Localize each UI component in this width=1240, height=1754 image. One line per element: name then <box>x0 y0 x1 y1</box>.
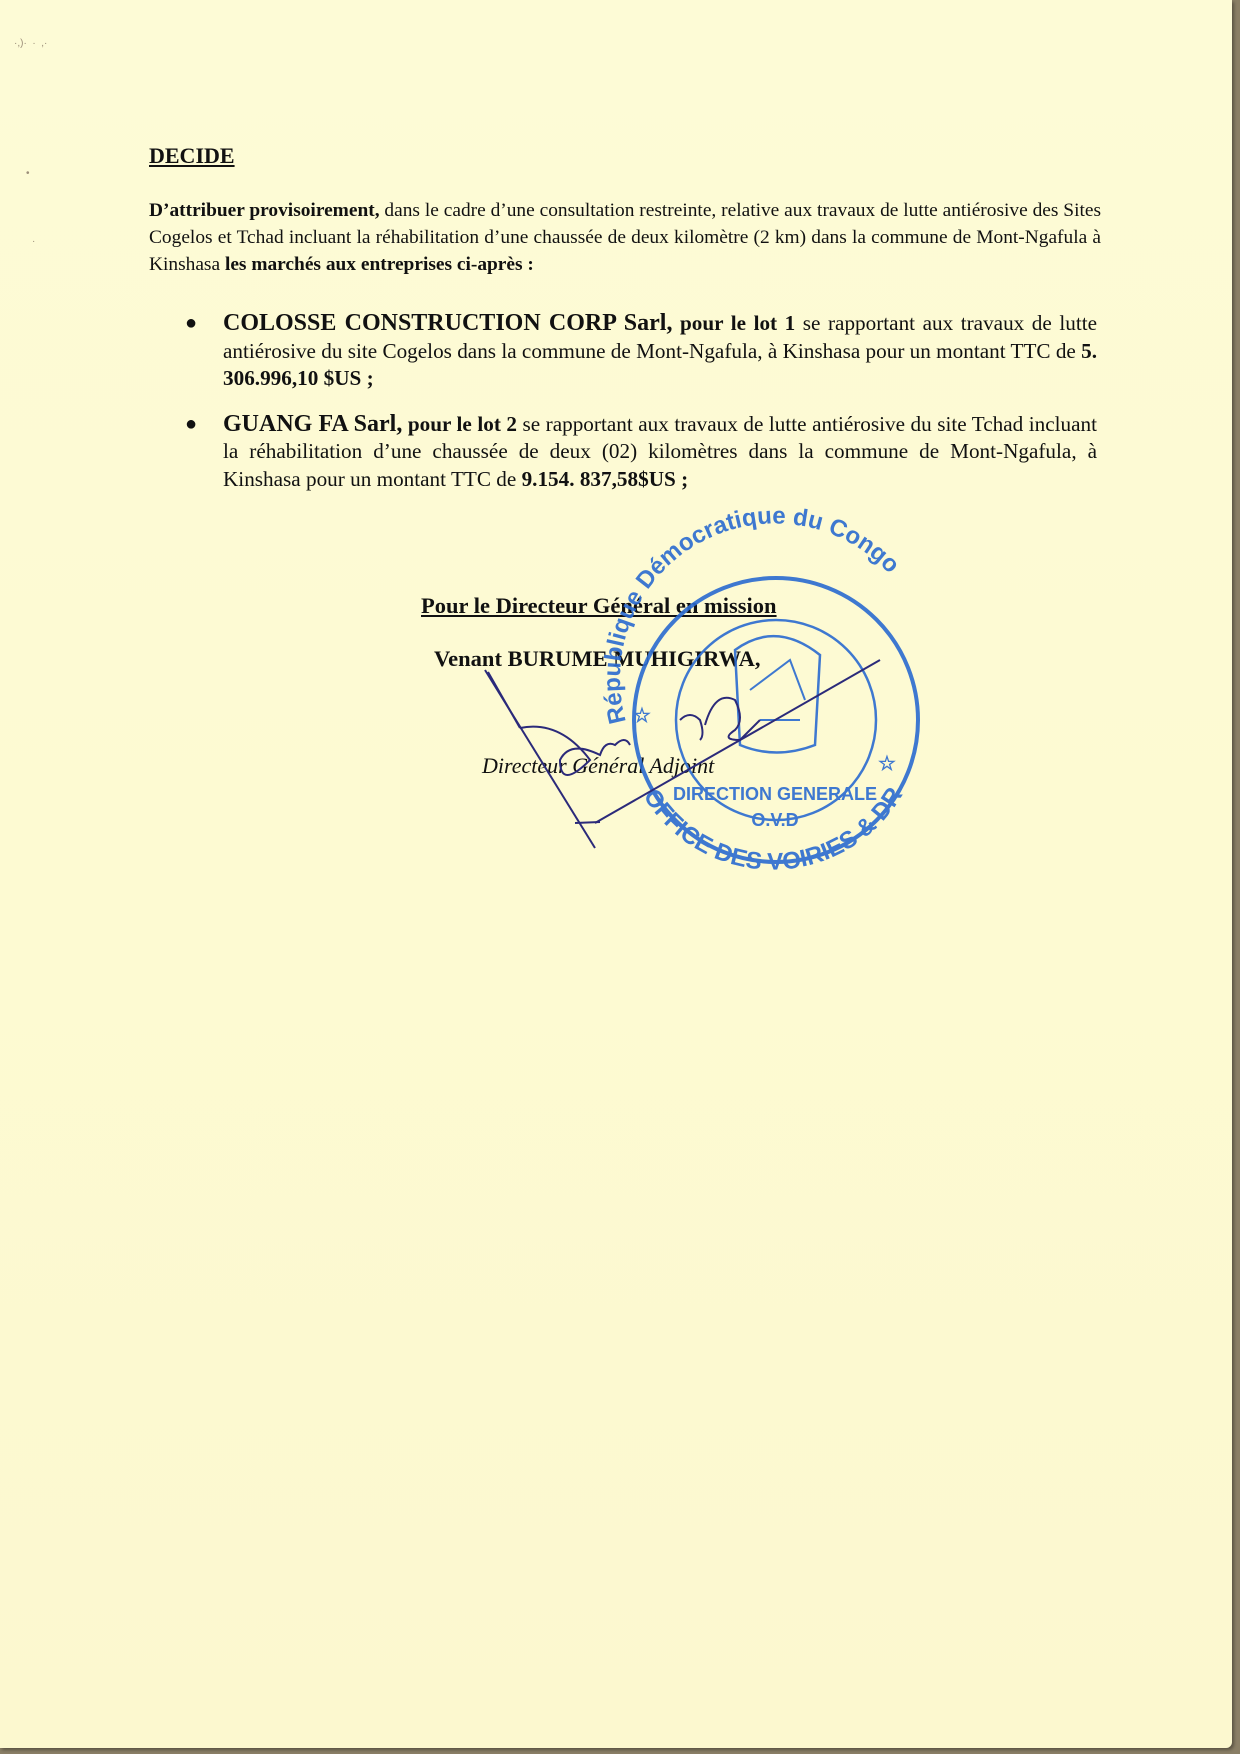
intro-bold-lead: D’attribuer provisoirement, <box>149 200 380 221</box>
intro-bold-tail: les marchés aux entreprises ci-après : <box>225 254 534 275</box>
awarded-lots-list: ● COLOSSE CONSTRUCTION CORP Sarl, pour l… <box>185 310 1097 511</box>
lot-item: ● GUANG FA Sarl, pour le lot 2 se rappor… <box>185 411 1097 494</box>
decision-heading: DECIDE <box>149 143 235 169</box>
lot-label: pour le lot 1 <box>672 311 795 335</box>
signatory-role: Directeur Général Adjoint <box>482 753 714 779</box>
stamp-star-left: ☆ <box>633 705 651 727</box>
lot-amount: 9.154. 837,58$US ; <box>522 467 689 491</box>
lot-item: ● COLOSSE CONSTRUCTION CORP Sarl, pour l… <box>185 310 1097 393</box>
bullet-icon: ● <box>185 411 197 439</box>
lot-company: GUANG FA Sarl, <box>223 411 402 437</box>
scan-artifact: • <box>26 168 30 179</box>
decision-intro-paragraph: D’attribuer provisoirement, dans le cadr… <box>149 197 1101 278</box>
lot-label: pour le lot 2 <box>402 412 517 436</box>
signatory-name: Venant BURUME MUHIGIRWA, <box>434 646 761 672</box>
bullet-icon: ● <box>185 310 197 338</box>
signature-on-behalf: Pour le Directeur Général en mission <box>421 593 777 619</box>
document-page: ·,)· · ,· • · DECIDE D’attribuer proviso… <box>0 0 1232 1748</box>
stamp-inner-line1: DIRECTION GENERALE <box>673 784 877 804</box>
stamp-star-right: ☆ <box>878 753 896 775</box>
stamp-inner-line2: O.V.D <box>751 810 798 830</box>
scan-artifact: · <box>32 236 35 247</box>
lot-company: COLOSSE CONSTRUCTION CORP Sarl, <box>223 310 672 336</box>
scan-artifact: ·,)· · ,· <box>14 38 47 49</box>
